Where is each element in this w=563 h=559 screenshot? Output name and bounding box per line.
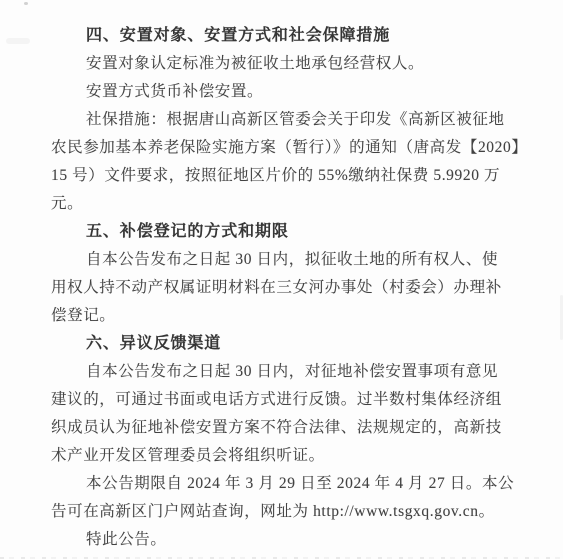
document-line: 术产业开发区管理委员会将组织听证。 — [51, 442, 537, 470]
announcement-text-block: 四、安置对象、安置方式和社会保障措施安置对象认定标准为被征收土地承包经营权人。安… — [51, 22, 537, 554]
document-line: 特此公告。 — [51, 526, 537, 554]
document-line: 元。 — [51, 190, 537, 218]
section-heading: 四、安置对象、安置方式和社会保障措施 — [51, 22, 537, 50]
document-line: 自本公告发布之日起 30 日内，对征地补偿安置事项有意见 — [51, 358, 537, 386]
scan-artifact-top-dot — [24, 2, 28, 5]
document-line: 用权人持不动产权属证明材料在三女河办事处（村委会）办理补 — [51, 274, 537, 302]
document-line: 织成员认为征地补偿安置方案不符合法律、法规规定的，高新技 — [51, 414, 537, 442]
document-line: 安置对象认定标准为被征收土地承包经营权人。 — [51, 50, 537, 78]
document-line: 偿登记。 — [51, 302, 537, 330]
section-heading: 五、补偿登记的方式和期限 — [51, 218, 537, 246]
document-line: 自本公告发布之日起 30 日内，拟征收土地的所有权人、使 — [51, 246, 537, 274]
document-line: 建议的，可通过书面或电话方式进行反馈。过半数村集体经济组 — [51, 386, 537, 414]
document-line: 农民参加基本养老保险实施方案（暂行）》的通知（唐高发【2020】 — [51, 134, 537, 162]
document-line: 社保措施：根据唐山高新区管委会关于印发《高新区被征地 — [51, 106, 537, 134]
scan-artifact-left-smudge — [6, 38, 30, 44]
section-heading: 六、异议反馈渠道 — [51, 330, 537, 358]
document-line: 告可在高新区门户网站查询，网址为 http://www.tsgxq.gov.cn… — [51, 498, 537, 526]
document-line: 本公告期限自 2024 年 3 月 29 日至 2024 年 4 月 27 日。… — [51, 470, 537, 498]
document-line: 15 号）文件要求，按照征地区片价的 55%缴纳社保费 5.9920 万 — [51, 162, 537, 190]
announcement-page: 四、安置对象、安置方式和社会保障措施安置对象认定标准为被征收土地承包经营权人。安… — [0, 0, 563, 559]
document-line: 安置方式货币补偿安置。 — [51, 78, 537, 106]
